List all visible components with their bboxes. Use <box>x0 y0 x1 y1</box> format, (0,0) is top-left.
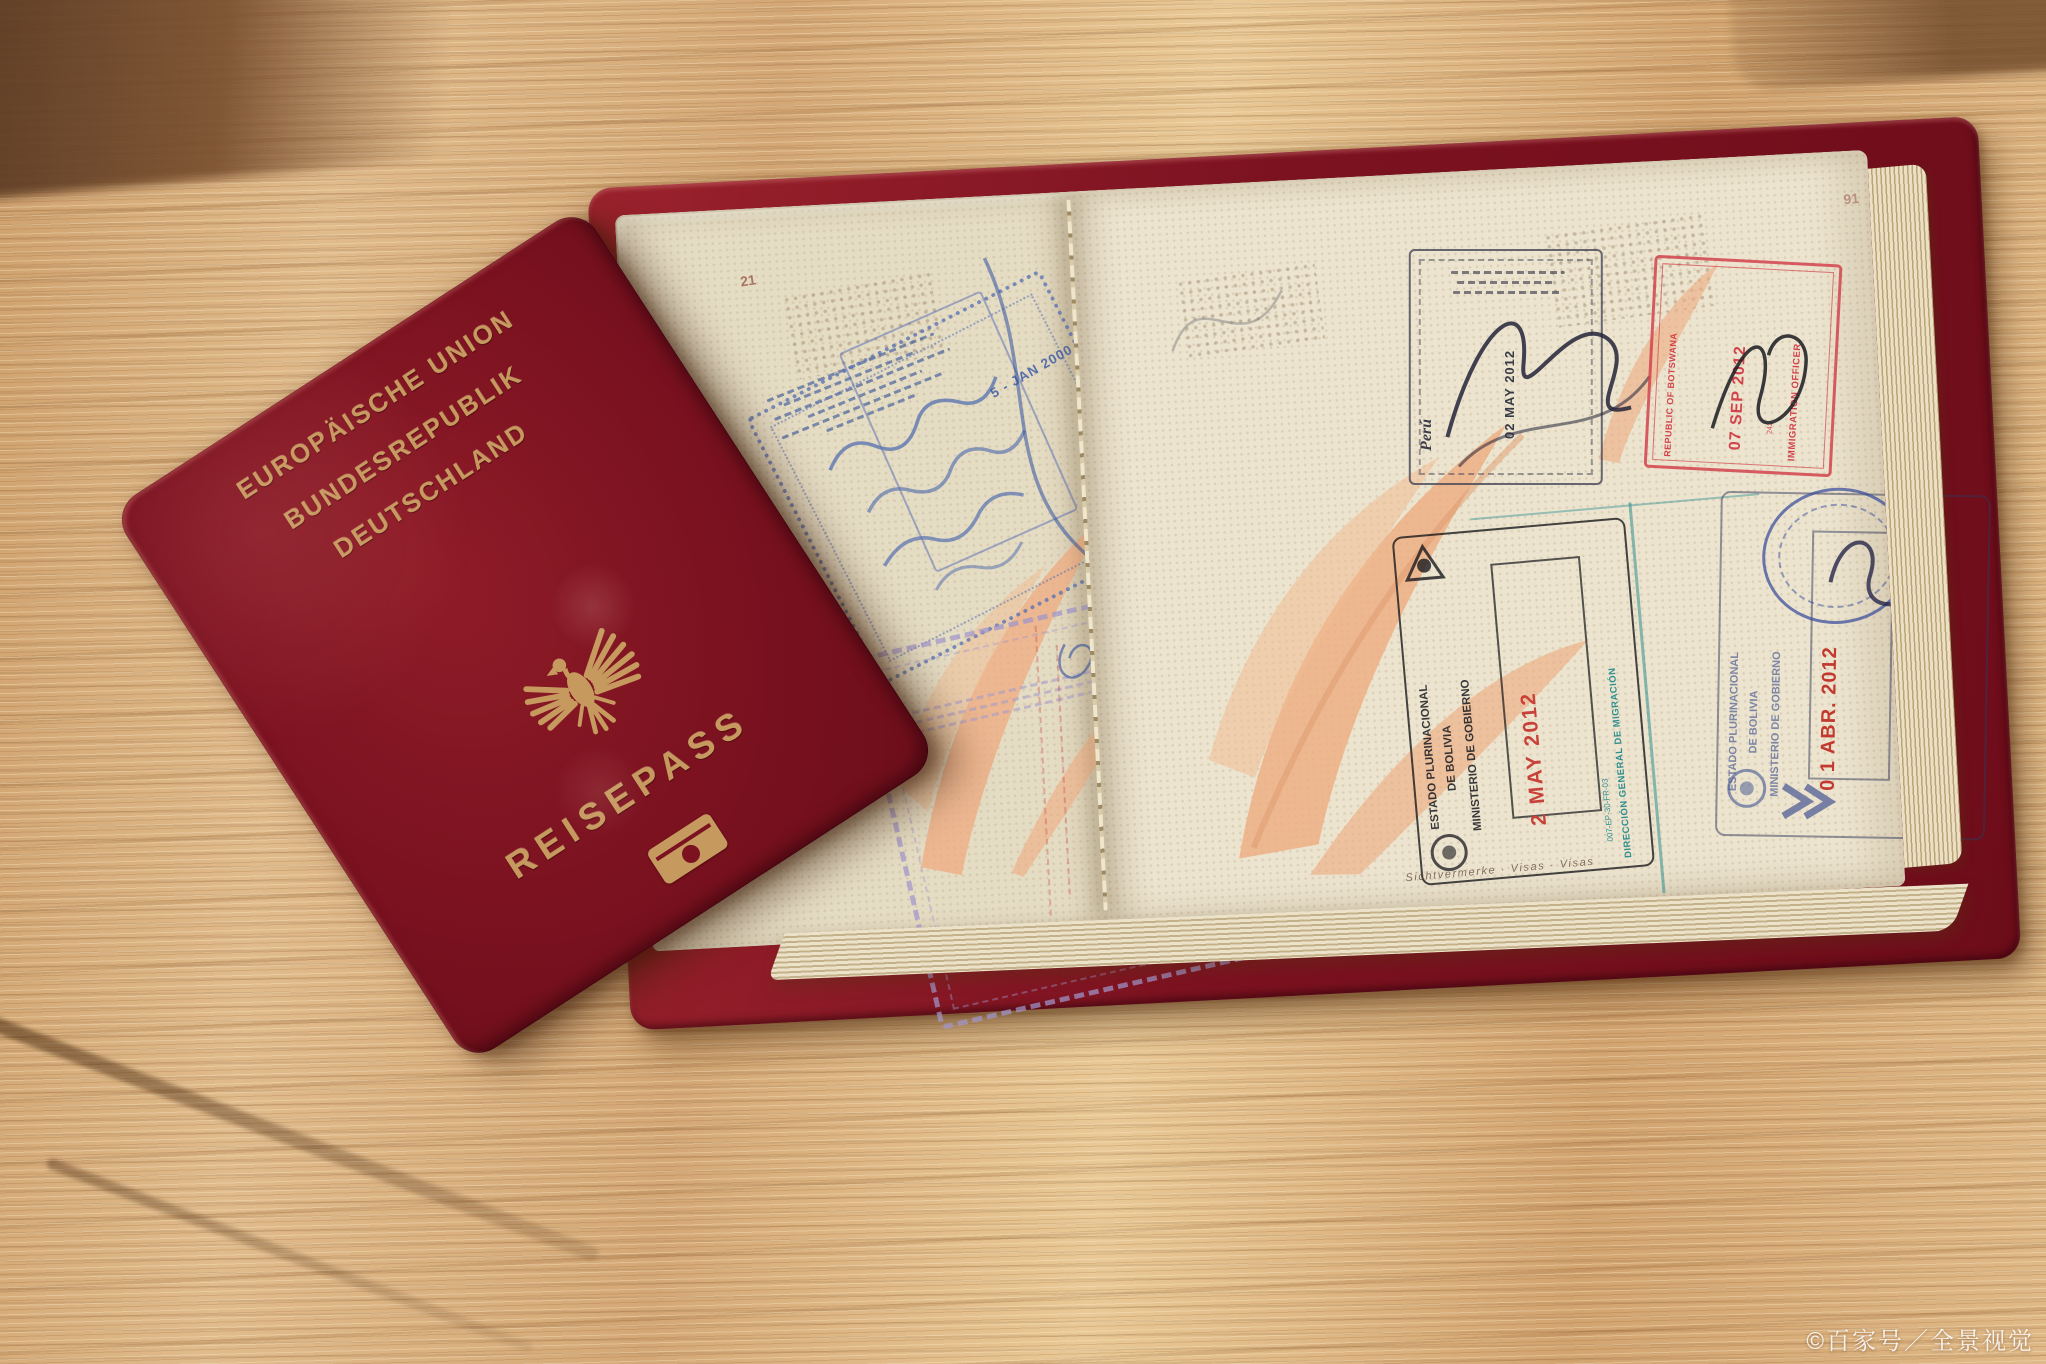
wood-groove <box>0 1012 601 1263</box>
cover-title-block: EUROPÄISCHE UNION BUNDESREPUBLIK DEUTSCH… <box>132 239 685 672</box>
biometric-passport-icon <box>646 812 730 886</box>
handwritten-signature <box>1679 272 1828 459</box>
bolivia-stamp-line: DE BOLIVIA <box>1748 690 1760 753</box>
wood-dark-patch-top-left <box>0 0 470 202</box>
bolivia-condor-emblem <box>1398 539 1450 587</box>
photo-watermark: ©百家号／全景视觉 <box>1806 1321 2034 1356</box>
wood-dark-patch-top-right <box>1725 0 2046 92</box>
cover-title-bundesrepublik: BUNDESREPUBLIK <box>160 282 647 613</box>
wood-groove <box>45 1157 534 1354</box>
left-page-number: 21 <box>739 271 757 289</box>
pencil-scribble <box>1158 250 1295 387</box>
bolivia-stamp-date: 0 1 ABR. 2012 <box>1818 646 1841 791</box>
biometric-icon-circle <box>679 841 704 866</box>
right-page-number: 91 <box>1843 190 1860 208</box>
photo-scene: 21 <box>0 0 2046 1364</box>
handwritten-signature <box>1418 246 1670 498</box>
german-eagle-icon <box>502 608 672 776</box>
bolivia-entry-stamp: ESTADO PLURINACIONAL DE BOLIVIA MINISTER… <box>1392 517 1656 886</box>
